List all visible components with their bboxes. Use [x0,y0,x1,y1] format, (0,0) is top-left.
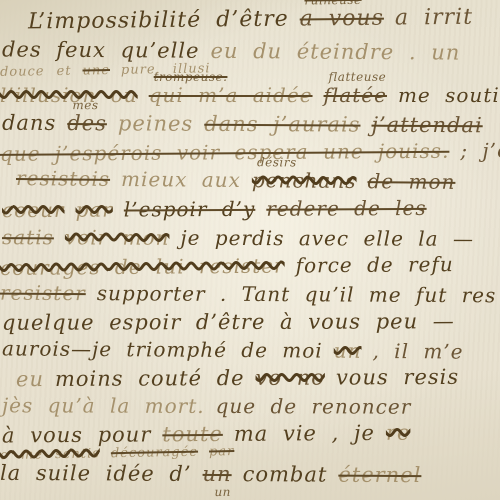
word-segment: redere de les [266,197,426,220]
word-segment: desmes [67,112,107,135]
word-segment: vous resis [336,366,459,390]
word-segment: des feux qu’elle [2,38,200,62]
manuscript-line: jès qu’à la mort.que de renoncer [2,394,422,417]
word-segment: l’espoir d’y [124,198,256,221]
word-segment: flatéeflatteuse [324,84,387,106]
word-segment: courages de lui resister [0,255,285,279]
manuscript-line: dansdesmespeinesdans j’auraisj’attendai [2,112,494,138]
word-segment: qui m’a aidéetrompeuse. [149,84,313,106]
word-segment: jès qu’à la mort. [2,394,205,417]
word-segment: voir mon [65,226,170,248]
word-segment: toute [162,423,223,447]
word-segment: éternel [338,464,421,488]
word-segment: a irrit [395,6,473,31]
word-segment: eu du éteindre . un [210,40,460,65]
word-segment: par [209,445,235,460]
word-segment: me soutin [398,84,500,106]
word-segment: une [82,64,110,79]
manuscript-line: L’impossibilité d’êtrea vousruineusea ir… [28,6,484,35]
interline-word-above: flatteuse [329,71,387,84]
word-segment: supporter . Tant qu’il me fut res [97,282,497,306]
word-segment: re [386,422,411,445]
manuscript-line: la suile idée d’ununcombatéternel [0,462,432,487]
word-segment: a vousruineuse [300,7,384,32]
word-segment: satis [2,226,54,248]
manuscript-line: satisvoir monje perdis avec elle la — [2,226,485,250]
word-segment: l’illusion ou [0,84,138,106]
word-segment: je perdis avec elle la — [180,227,474,250]
manuscript-line: aurois—je triomphé de moiun, il m’e [2,337,475,362]
word-segment: resister [0,282,86,304]
manuscript-line: des feux qu’elleeu du éteindre . un [2,38,471,64]
word-segment: douce et [0,65,72,81]
interline-word-above: mes [72,99,98,112]
word-segment: vo no [255,367,324,390]
word-segment: à vous pour [2,423,152,447]
manuscript-line: que j’espérois voir espera une jouiss.; … [0,139,500,165]
word-segment: dans j’aurais [204,113,360,137]
interline-word-below: un [214,486,231,499]
word-segment: mieux aux [121,168,241,191]
word-segment: L’impossibilité d’être [28,8,289,35]
word-segment: quelque espoir d’être à vous peu — [2,310,455,335]
word-segment: force de refu [296,253,454,276]
manuscript-line: courages de lui resisterforce de refu [0,253,465,279]
word-segment: de mon [367,170,455,193]
word-segment: unun [203,463,232,486]
manuscript-line: eumoins couté devo novous resis [16,366,470,391]
word-segment: eu [16,368,44,391]
word-segment: resistois [16,167,110,190]
word-segment: dans [2,112,56,135]
word-segment: ; j’en [460,139,500,161]
word-segment: découragée [111,446,198,462]
word-segment: j’attendai [371,114,482,138]
word-segment: penchansdésirs [252,169,357,192]
interline-word-above: trompeuse. [154,71,228,84]
word-segment: que de renoncer [216,395,412,418]
word-segment: combat [243,463,328,487]
word-segment: un [334,340,362,362]
word-segment: moins couté de [55,367,245,391]
manuscript-photo: L’impossibilité d’êtrea vousruineusea ir… [0,0,500,500]
word-segment: ma vie , je [234,422,375,446]
word-segment: peines [118,112,193,135]
word-segment: , il m’e [372,340,463,363]
interline-word-above: désirs [257,156,297,170]
word-segment: aurois—je triomphé de moi [2,337,323,361]
word-segment: la suile idée d’ [0,462,192,486]
manuscript-line: resistersupporter . Tant qu’il me fut re… [0,282,500,307]
manuscript-line: coeurparl’espoir d’yredere de les [2,197,438,221]
word-segment: par [75,199,112,221]
interline-word-above: ruineuse [304,0,361,8]
manuscript-line: quelque espoir d’être à vous peu — [2,310,466,335]
manuscript-line: resistoismieux auxpenchansdésirsde mon [16,167,467,193]
word-segment: que j’espérois voir espera une jouiss. [0,140,449,165]
word-segment: coeur [2,199,65,221]
